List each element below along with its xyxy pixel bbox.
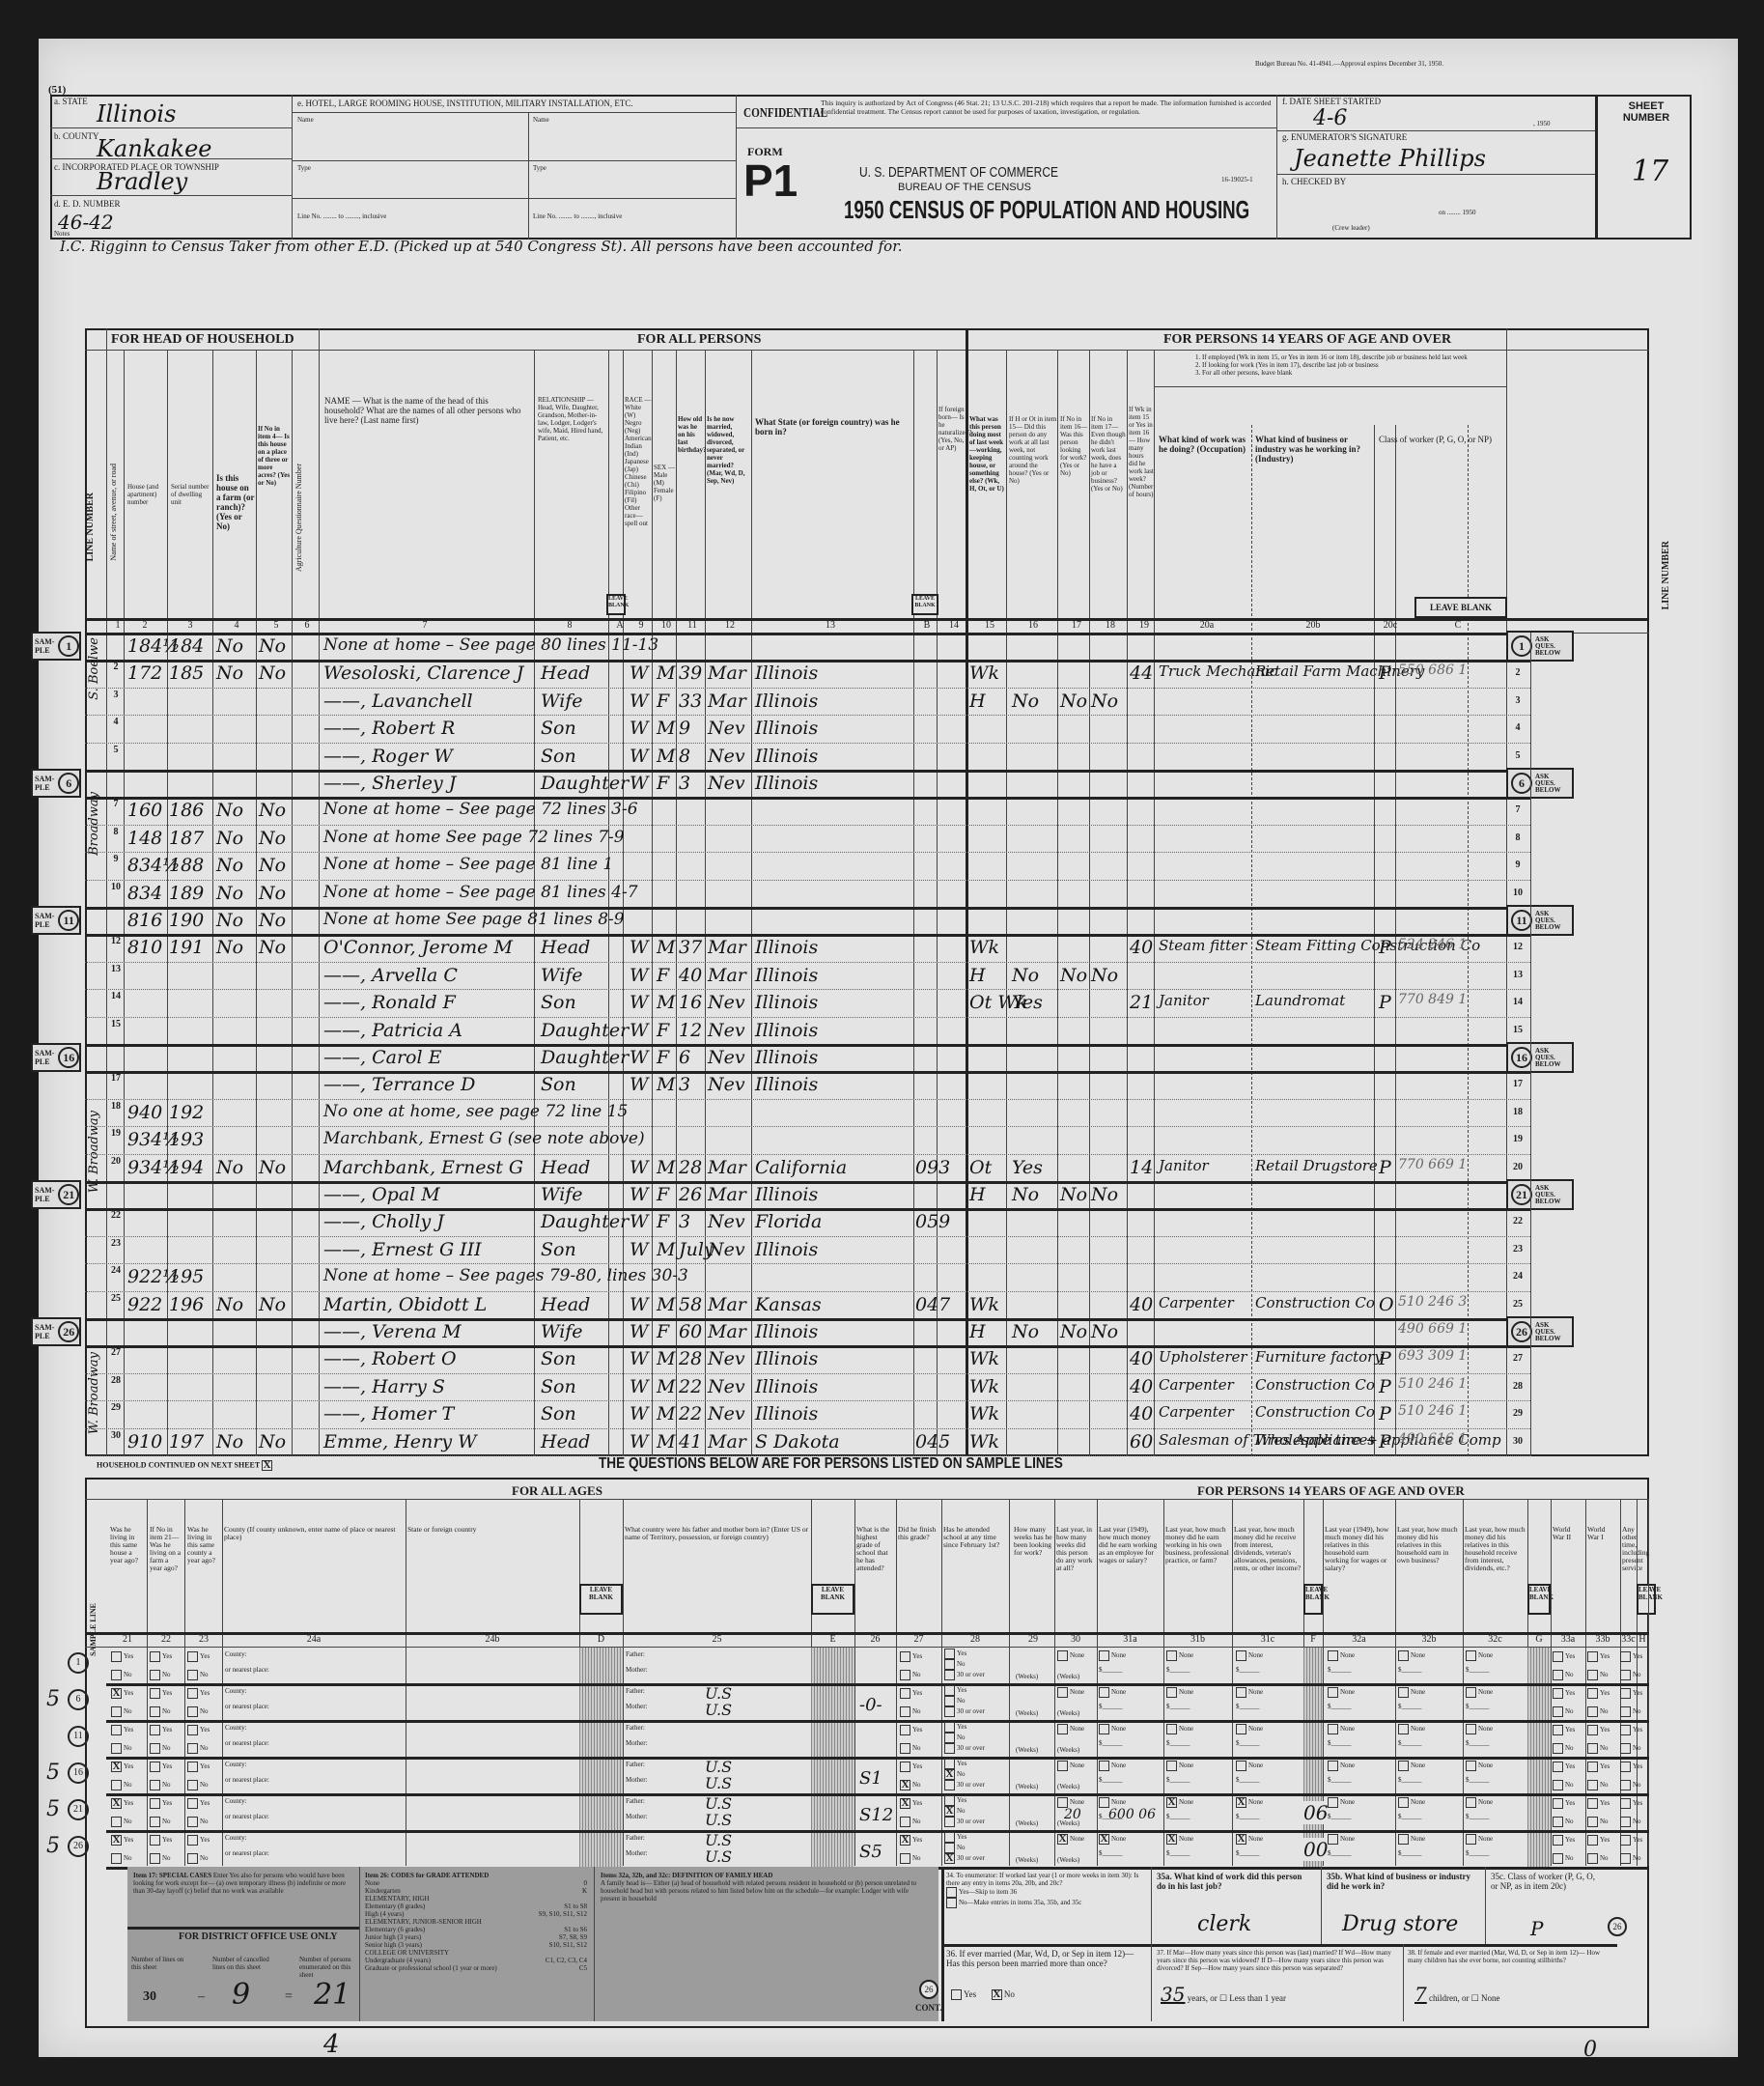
armed-no-checkbox[interactable]: [1620, 1743, 1631, 1754]
q36-yes-checkbox[interactable]: [951, 1989, 962, 2000]
dollar-field[interactable]: $______: [1328, 1739, 1352, 1747]
armed-yes-checkbox[interactable]: [1620, 1725, 1631, 1735]
class-of-worker: P: [1379, 992, 1391, 1013]
q21-yes-checkbox[interactable]: X: [111, 1835, 122, 1846]
armed-yes-checkbox[interactable]: [1620, 1762, 1631, 1772]
q21-yes-checkbox[interactable]: X: [111, 1798, 122, 1809]
armed-no-checkbox[interactable]: [1553, 1670, 1563, 1680]
serial-number: 193: [169, 1129, 204, 1150]
armed-yes-checkbox[interactable]: [1587, 1762, 1598, 1772]
dollar-field[interactable]: $______: [1099, 1776, 1123, 1784]
acres-answer: No: [259, 800, 286, 821]
age: 8: [679, 746, 690, 767]
hours-worked: 60: [1130, 1431, 1153, 1452]
sample-col-number: 21: [108, 1634, 147, 1645]
none-checkbox[interactable]: [1166, 1687, 1177, 1698]
leave-blank-b: LEAVE BLANK: [911, 594, 938, 615]
has-job: No: [1091, 691, 1118, 712]
occupation: Carpenter: [1159, 1376, 1234, 1394]
ask-line-number: 1: [1511, 635, 1532, 657]
relationship: Head: [541, 1294, 590, 1315]
none-checkbox[interactable]: [1099, 1687, 1109, 1698]
q36-no-checkbox[interactable]: X: [992, 1989, 1002, 2000]
race: W: [630, 1184, 649, 1205]
q21-no-checkbox[interactable]: [111, 1706, 122, 1717]
q28-no-checkbox[interactable]: X: [944, 1769, 955, 1780]
dollar-field[interactable]: $______: [1398, 1703, 1422, 1710]
household-continued-checkbox[interactable]: X: [262, 1460, 272, 1471]
race: W: [630, 1239, 649, 1260]
q22-yes-checkbox[interactable]: [150, 1651, 160, 1662]
q22-yes-checkbox[interactable]: [150, 1688, 160, 1699]
none-checkbox[interactable]: [1057, 1724, 1068, 1734]
dollar-field[interactable]: $______: [1166, 1813, 1190, 1820]
relationship: Head: [541, 1431, 590, 1452]
q27-yes-checkbox[interactable]: X: [900, 1798, 910, 1809]
q28-yes-checkbox[interactable]: [944, 1722, 955, 1733]
column-number: 13: [821, 620, 840, 631]
grade-code-label: Undergraduate (4 years): [365, 1957, 431, 1964]
marital-status: Nev: [708, 773, 745, 794]
confidential-text: This inquiry is authorized by Act of Con…: [821, 99, 1284, 116]
armed-yes-checkbox[interactable]: [1620, 1651, 1631, 1662]
q22-yes-checkbox[interactable]: [150, 1835, 160, 1846]
none-checkbox[interactable]: X: [1166, 1797, 1177, 1808]
dollar-field[interactable]: $______: [1328, 1703, 1352, 1710]
none-checkbox[interactable]: [1099, 1724, 1109, 1734]
armed-no-checkbox[interactable]: [1620, 1817, 1631, 1827]
q28-no-checkbox[interactable]: [944, 1733, 955, 1743]
armed-yes-checkbox[interactable]: [1620, 1688, 1631, 1699]
house-number: 160: [127, 800, 162, 821]
col-14-label: If foreign born— Is he naturalized? (Yes…: [938, 406, 966, 452]
none-checkbox[interactable]: X: [1099, 1834, 1109, 1845]
equals-sign: =: [285, 1989, 293, 2005]
armed-yes-checkbox[interactable]: [1587, 1688, 1598, 1699]
birthplace: Illinois: [755, 718, 818, 739]
none-checkbox[interactable]: [1236, 1761, 1246, 1771]
q27-options: YesNo: [900, 1651, 922, 1680]
armed-no-checkbox[interactable]: [1553, 1780, 1563, 1790]
none-checkbox[interactable]: [1328, 1797, 1338, 1808]
county-field[interactable]: County:or nearest place:: [225, 1761, 269, 1784]
person-name: ——, Robert O: [323, 1348, 457, 1369]
q28-30-over-checkbox[interactable]: [944, 1706, 955, 1717]
acres-answer: No: [259, 1157, 286, 1178]
divider: [1403, 1944, 1404, 2021]
dollar-field[interactable]: $______: [1099, 1666, 1123, 1674]
line-number-right: 5: [1508, 750, 1527, 761]
none-checkbox[interactable]: [1398, 1650, 1409, 1661]
dollar-field[interactable]: $______: [1398, 1666, 1422, 1674]
column-number: 3: [181, 620, 200, 631]
q28-30-over-checkbox[interactable]: [944, 1780, 955, 1790]
q23-yes-checkbox[interactable]: [187, 1688, 198, 1699]
q27-no-checkbox[interactable]: X: [900, 1780, 910, 1790]
relationship: Son: [541, 746, 576, 767]
armed-no-checkbox[interactable]: [1587, 1743, 1598, 1754]
dollar-field[interactable]: $______: [1328, 1849, 1352, 1857]
line-number-right: 8: [1508, 832, 1527, 843]
income-none-option: None: [1328, 1834, 1355, 1845]
serial-number: 197: [169, 1431, 204, 1452]
armed-no-checkbox[interactable]: [1553, 1817, 1563, 1827]
q36-no-label: No: [1004, 1989, 1015, 1999]
race: W: [630, 1376, 649, 1397]
q23-yes-checkbox[interactable]: [187, 1762, 198, 1772]
col-divider: [1585, 1499, 1586, 1866]
did-work: Yes: [1012, 1157, 1043, 1178]
department: U. S. DEPARTMENT OF COMMERCE: [859, 164, 1058, 181]
q22-no-checkbox[interactable]: [150, 1743, 160, 1754]
none-checkbox[interactable]: [1466, 1761, 1476, 1771]
dollar-field[interactable]: $______: [1099, 1849, 1123, 1857]
dollar-field[interactable]: $______: [1166, 1703, 1190, 1710]
q21-no-checkbox[interactable]: [111, 1780, 122, 1790]
sex: F: [657, 773, 669, 794]
armed-no-checkbox[interactable]: [1553, 1706, 1563, 1717]
q28-30-over-checkbox[interactable]: [944, 1817, 955, 1827]
q34-no-checkbox[interactable]: [946, 1898, 957, 1908]
income-none-option: None: [1099, 1761, 1126, 1771]
none-checkbox[interactable]: [1328, 1687, 1338, 1698]
row-divider: [85, 1373, 1530, 1374]
none-checkbox[interactable]: [1328, 1724, 1338, 1734]
county-field[interactable]: County:or nearest place:: [225, 1797, 269, 1820]
dollar-field[interactable]: $______: [1236, 1703, 1260, 1710]
age: 28: [679, 1348, 702, 1369]
none-checkbox[interactable]: [1398, 1687, 1409, 1698]
armed-no-checkbox[interactable]: [1587, 1780, 1598, 1790]
dollar-field[interactable]: $______: [1398, 1813, 1422, 1820]
weeks-30-label: (Weeks): [1057, 1783, 1079, 1790]
q37-suffix: years, or ☐ Less than 1 year: [1188, 1993, 1286, 2003]
armed-yes-checkbox[interactable]: [1553, 1835, 1563, 1846]
grade-code-label: High (4 years): [365, 1910, 404, 1918]
none-checkbox[interactable]: [1236, 1687, 1246, 1698]
weeks-30-label: (Weeks): [1057, 1673, 1079, 1680]
sample-col-label: Last year (1949), how much money did he …: [1099, 1526, 1162, 1564]
dollar-field[interactable]: $______: [1166, 1739, 1190, 1747]
q27-yes-checkbox[interactable]: [900, 1725, 910, 1735]
q28-yes-checkbox[interactable]: [944, 1685, 955, 1696]
birthplace: Illinois: [755, 1376, 818, 1397]
q21-no-checkbox[interactable]: [111, 1670, 122, 1680]
dollar-field[interactable]: $______: [1236, 1849, 1260, 1857]
q22-options: YesNo: [150, 1835, 172, 1864]
divider: [292, 95, 293, 240]
q28-yes-checkbox[interactable]: [944, 1832, 955, 1843]
dollar-field[interactable]: $______: [1466, 1776, 1490, 1784]
house-number: 922: [127, 1294, 162, 1315]
armed-yes-checkbox[interactable]: [1587, 1651, 1598, 1662]
all-persons-header: FOR ALL PERSONS: [637, 332, 761, 348]
q23-yes-checkbox[interactable]: [187, 1835, 198, 1846]
armed-no-checkbox[interactable]: [1620, 1706, 1631, 1717]
q22-no-checkbox[interactable]: [150, 1817, 160, 1827]
q23-yes-checkbox[interactable]: [187, 1798, 198, 1809]
has-job: No: [1091, 1184, 1118, 1205]
divider: [292, 160, 736, 161]
line-number: 24: [106, 1265, 126, 1276]
none-checkbox[interactable]: [1328, 1834, 1338, 1845]
none-checkbox[interactable]: [1166, 1761, 1177, 1771]
q22-yes-checkbox[interactable]: [150, 1725, 160, 1735]
dollar-field[interactable]: $______: [1236, 1739, 1260, 1747]
enumerated-count: 21: [314, 1978, 350, 2012]
county-field[interactable]: County:or nearest place:: [225, 1834, 269, 1857]
q22-no-checkbox[interactable]: [150, 1780, 160, 1790]
house-number: 810: [127, 937, 162, 958]
q23-yes-checkbox[interactable]: [187, 1651, 198, 1662]
row-divider: [106, 1793, 1649, 1796]
class-of-worker: P: [1379, 1431, 1391, 1452]
none-checkbox[interactable]: [1236, 1724, 1246, 1734]
parents-labels: Father:Mother:: [626, 1687, 648, 1710]
q22-no-checkbox[interactable]: [150, 1706, 160, 1717]
sex: F: [657, 1211, 669, 1232]
q28-no-checkbox[interactable]: [944, 1696, 955, 1706]
none-checkbox[interactable]: X: [1057, 1834, 1068, 1845]
q35a-label: 35a. What kind of work did this person d…: [1157, 1872, 1311, 1891]
armed-yes-checkbox[interactable]: [1553, 1725, 1563, 1735]
q27-no-checkbox[interactable]: [900, 1706, 910, 1717]
did-work: No: [1012, 691, 1039, 712]
none-checkbox[interactable]: [1166, 1650, 1177, 1661]
birthplace: Illinois: [755, 1184, 818, 1205]
col-divider: [941, 1499, 942, 1866]
q21-yes-checkbox[interactable]: [111, 1651, 122, 1662]
grade-codes: Item 26: CODES for GRADE ATTENDED None0K…: [365, 1872, 587, 1972]
office-codes: 510 246 1: [1398, 1403, 1467, 1419]
q23-no-checkbox[interactable]: [187, 1743, 198, 1754]
armed-no-checkbox[interactable]: [1553, 1743, 1563, 1754]
grade-code-row: Elementary (8 grades)S1 to S8: [365, 1903, 587, 1910]
q23-yes-checkbox[interactable]: [187, 1725, 198, 1735]
farm-answer: No: [216, 828, 243, 849]
dollar-field[interactable]: $______: [1328, 1666, 1352, 1674]
none-checkbox[interactable]: [1466, 1650, 1476, 1661]
col-20c-label: Class of worker (P, G, O, or NP): [1379, 435, 1502, 444]
none-checkbox[interactable]: [1057, 1650, 1068, 1661]
dollar-field[interactable]: $______: [1398, 1776, 1422, 1784]
sex: M: [657, 937, 675, 958]
armed-yes-checkbox[interactable]: [1587, 1835, 1598, 1846]
q21-no-checkbox[interactable]: [111, 1743, 122, 1754]
dollar-field[interactable]: $______: [1466, 1666, 1490, 1674]
birthplace-code: 045: [915, 1431, 950, 1452]
armed-no-checkbox[interactable]: [1587, 1853, 1598, 1864]
none-checkbox[interactable]: [1057, 1761, 1068, 1771]
county-field[interactable]: County:or nearest place:: [225, 1687, 269, 1710]
relationship: Daughter: [541, 1211, 629, 1232]
sample-col-label: Last year, how much money did he earn wo…: [1165, 1526, 1230, 1564]
income-none-option: XNone: [1236, 1834, 1263, 1845]
q28-no-checkbox[interactable]: [944, 1659, 955, 1670]
weeks-29-label: (Weeks): [1016, 1709, 1038, 1717]
armed-no-checkbox[interactable]: [1587, 1670, 1598, 1680]
q22-yes-checkbox[interactable]: [150, 1762, 160, 1772]
none-checkbox[interactable]: X: [1236, 1834, 1246, 1845]
armed-no-checkbox[interactable]: [1620, 1780, 1631, 1790]
dollar-field[interactable]: $______: [1398, 1739, 1422, 1747]
income-none-option: None: [1466, 1797, 1493, 1808]
none-checkbox[interactable]: [1328, 1761, 1338, 1771]
q22-no-checkbox[interactable]: [150, 1670, 160, 1680]
dollar-field[interactable]: $______: [1466, 1849, 1490, 1857]
dollar-field[interactable]: $______: [1236, 1666, 1260, 1674]
institution-label: e. HOTEL, LARGE ROOMING HOUSE, INSTITUTI…: [297, 99, 633, 108]
relationship: Head: [541, 937, 590, 958]
q28-30-over-checkbox[interactable]: [944, 1670, 955, 1680]
county-field[interactable]: County:or nearest place:: [225, 1724, 269, 1747]
q23-no-checkbox[interactable]: [187, 1706, 198, 1717]
line-number: 27: [106, 1347, 126, 1358]
q23-no-checkbox[interactable]: [187, 1853, 198, 1864]
grade-code-label: Graduate or professional school (1 year …: [365, 1964, 497, 1972]
line-number: 18: [106, 1101, 126, 1112]
lines-label: Number of lines on this sheet: [131, 1956, 189, 1971]
q23-no-checkbox[interactable]: [187, 1670, 198, 1680]
none-checkbox[interactable]: [1466, 1797, 1476, 1808]
divider: [1151, 1867, 1152, 1944]
grade-code-row: ELEMENTARY, JUNIOR-SENIOR HIGH: [365, 1918, 587, 1926]
birthplace: California: [755, 1157, 847, 1178]
cont-line-circle: 26: [919, 1980, 938, 1999]
q21-yes-checkbox[interactable]: X: [111, 1762, 122, 1772]
income-none-option: None: [1236, 1761, 1263, 1771]
dollar-field[interactable]: $______: [1166, 1849, 1190, 1857]
q27-no-checkbox[interactable]: [900, 1853, 910, 1864]
dollar-field[interactable]: $______: [1466, 1739, 1490, 1747]
dollar-field[interactable]: $______: [1466, 1703, 1490, 1710]
q23-no-checkbox[interactable]: [187, 1780, 198, 1790]
q28-yes-checkbox[interactable]: [944, 1649, 955, 1659]
none-checkbox[interactable]: [1328, 1650, 1338, 1661]
armed-no-checkbox[interactable]: [1620, 1853, 1631, 1864]
armed-no-checkbox[interactable]: [1620, 1670, 1631, 1680]
armed-yes-checkbox[interactable]: [1553, 1688, 1563, 1699]
armed-yes-checkbox[interactable]: [1553, 1798, 1563, 1809]
farm-answer: No: [216, 1157, 243, 1178]
armed-no-checkbox[interactable]: [1587, 1817, 1598, 1827]
q28-no-checkbox[interactable]: X: [944, 1806, 955, 1817]
office-codes: 490 669 1: [1398, 1321, 1467, 1337]
none-checkbox[interactable]: [1466, 1687, 1476, 1698]
dollar-field[interactable]: $______: [1398, 1849, 1422, 1857]
q27-no-checkbox[interactable]: [900, 1743, 910, 1754]
armed-yes-checkbox[interactable]: [1587, 1725, 1598, 1735]
col-divider: [623, 1499, 624, 1866]
q28-30-over-checkbox[interactable]: [944, 1743, 955, 1754]
sex: M: [657, 1239, 675, 1260]
highest-grade: S12: [859, 1805, 893, 1825]
armed-forces-options: YesNo: [1587, 1688, 1610, 1717]
armed-yes-checkbox[interactable]: [1587, 1798, 1598, 1809]
birthplace-code: 059: [915, 1211, 950, 1232]
q22-no-checkbox[interactable]: [150, 1853, 160, 1864]
sex: M: [657, 1348, 675, 1369]
q22-options: YesNo: [150, 1651, 172, 1680]
county-label: b. COUNTY: [54, 131, 99, 141]
relationship: Wife: [541, 965, 583, 986]
county-field[interactable]: County:or nearest place:: [225, 1650, 269, 1674]
dollar-field[interactable]: $______: [1328, 1813, 1352, 1820]
wages-value: 600 06: [1108, 1807, 1156, 1822]
armed-yes-checkbox[interactable]: [1553, 1762, 1563, 1772]
sample-col-label: What country were his father and mother …: [625, 1526, 809, 1541]
q27-no-checkbox[interactable]: [900, 1817, 910, 1827]
none-checkbox[interactable]: X: [1236, 1797, 1246, 1808]
none-checkbox[interactable]: [1057, 1687, 1068, 1698]
q21-yes-checkbox[interactable]: X: [111, 1688, 122, 1699]
none-checkbox[interactable]: [1398, 1761, 1409, 1771]
dollar-field[interactable]: $______: [1236, 1776, 1260, 1784]
row-divider: [85, 1017, 1530, 1018]
q27-yes-checkbox[interactable]: [900, 1762, 910, 1772]
dollar-field[interactable]: $______: [1166, 1666, 1190, 1674]
dollar-field[interactable]: $______: [1328, 1776, 1352, 1784]
dollar-field[interactable]: $______: [1236, 1813, 1260, 1820]
q21-no-checkbox[interactable]: [111, 1853, 122, 1864]
office-codes: 524 246 1: [1398, 937, 1467, 952]
q28-30-over-checkbox[interactable]: X: [944, 1853, 955, 1864]
q22-yes-checkbox[interactable]: [150, 1798, 160, 1809]
dollar-field[interactable]: $______: [1166, 1776, 1190, 1784]
none-checkbox[interactable]: [1099, 1761, 1109, 1771]
dollar-field[interactable]: $______: [1099, 1703, 1123, 1710]
dollar-field[interactable]: $______: [1099, 1739, 1123, 1747]
row-divider: [85, 825, 1530, 826]
sample-col-number: E: [811, 1634, 854, 1645]
q35c-label: 35c. Class of worker (P, G, O, or NP, as…: [1491, 1872, 1602, 1891]
none-checkbox[interactable]: [1398, 1797, 1409, 1808]
none-checkbox[interactable]: [1236, 1650, 1246, 1661]
q27-yes-checkbox[interactable]: [900, 1688, 910, 1699]
q38-suffix: children, or ☐ None: [1429, 1993, 1500, 2003]
divider: [736, 95, 737, 240]
race: W: [630, 746, 649, 767]
none-checkbox[interactable]: [1466, 1724, 1476, 1734]
armed-no-checkbox[interactable]: [1587, 1706, 1598, 1717]
q34-yes-checkbox[interactable]: [946, 1887, 957, 1898]
column-number: 14: [944, 620, 964, 631]
q27-yes-checkbox[interactable]: [900, 1651, 910, 1662]
armed-yes-checkbox[interactable]: [1620, 1798, 1631, 1809]
q21-no-checkbox[interactable]: [111, 1817, 122, 1827]
none-checkbox[interactable]: X: [1166, 1834, 1177, 1845]
dollar-field[interactable]: $______: [1466, 1813, 1490, 1820]
ask-questions-marker: 1ASKQUES.BELOW: [1506, 631, 1574, 662]
weeks-29-label: (Weeks): [1016, 1746, 1038, 1754]
none-checkbox[interactable]: [1099, 1650, 1109, 1661]
q21-yes-checkbox[interactable]: [111, 1725, 122, 1735]
form-number: 16-19025-1: [1221, 176, 1253, 183]
armed-no-checkbox[interactable]: [1553, 1853, 1563, 1864]
row-divider: [85, 962, 1530, 963]
q27-no-checkbox[interactable]: [900, 1670, 910, 1680]
armed-yes-checkbox[interactable]: [1620, 1835, 1631, 1846]
none-checkbox[interactable]: [1166, 1724, 1177, 1734]
sample-col-number: 31a: [1097, 1634, 1163, 1645]
armed-yes-checkbox[interactable]: [1553, 1651, 1563, 1662]
none-checkbox[interactable]: [1398, 1834, 1409, 1845]
q27-yes-checkbox[interactable]: X: [900, 1835, 910, 1846]
q22-options: YesNo: [150, 1725, 172, 1754]
none-checkbox[interactable]: [1398, 1724, 1409, 1734]
q23-no-checkbox[interactable]: [187, 1817, 198, 1827]
none-checkbox[interactable]: [1466, 1834, 1476, 1845]
